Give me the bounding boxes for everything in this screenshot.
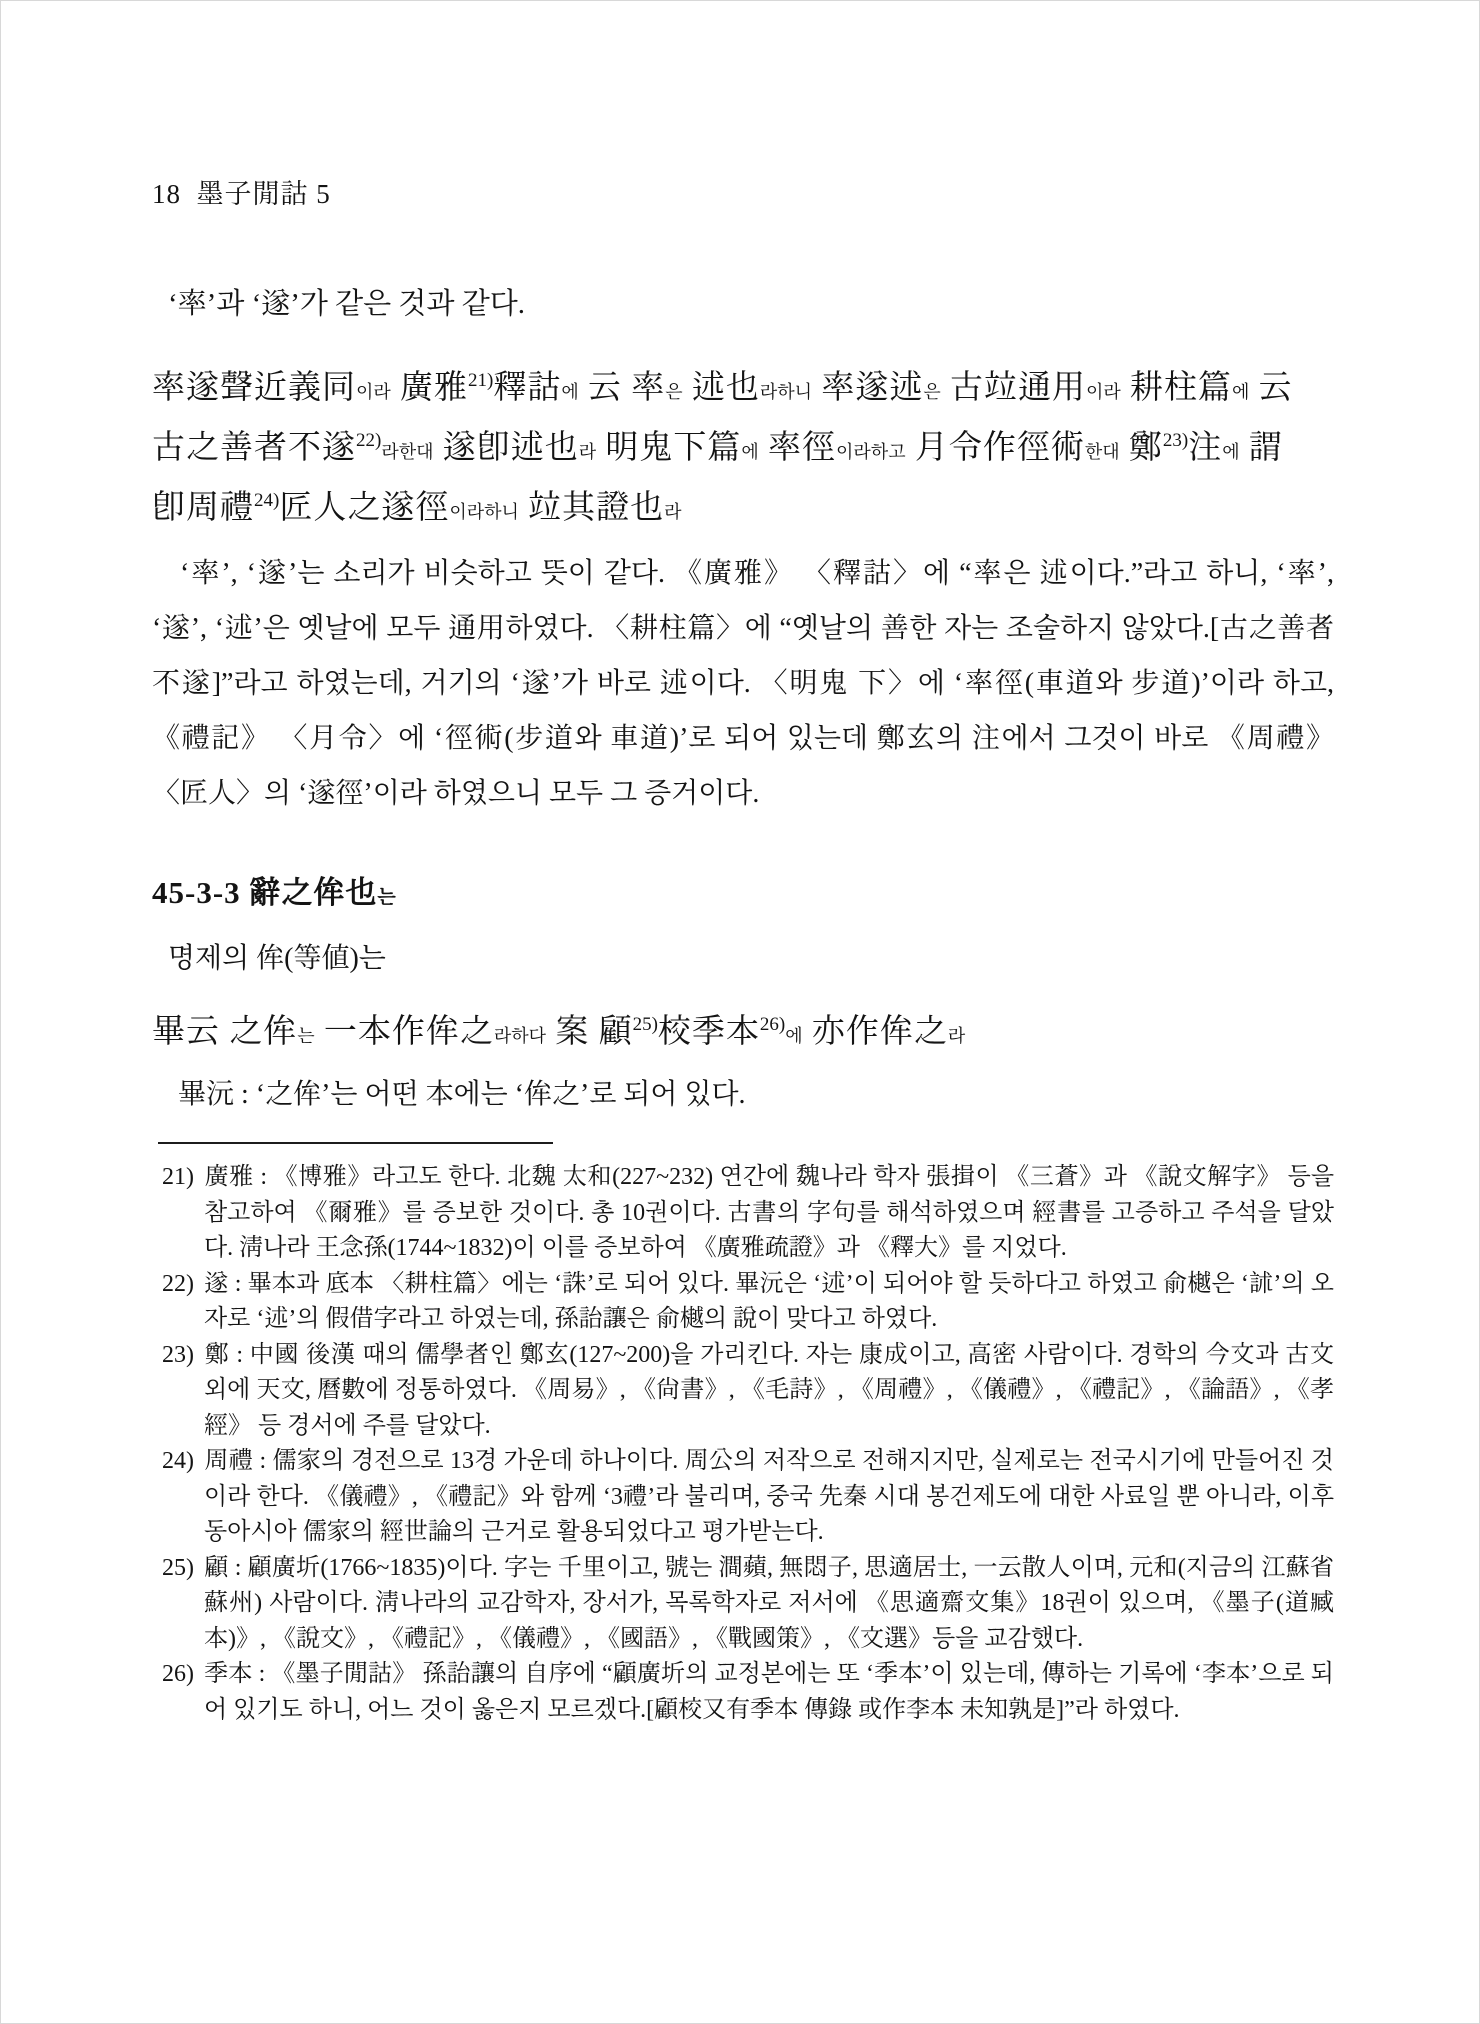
korean-particle: 에 <box>561 382 578 402</box>
hanja-text: 率遂聲近義同 <box>152 370 356 406</box>
hanja-text: 竝其證也 <box>519 490 664 526</box>
korean-particle: 이라하고 <box>836 442 906 462</box>
hanja-text: 月令作徑術 <box>906 430 1085 466</box>
korean-particle: 에 <box>785 1026 802 1046</box>
footnote-item: 24)周禮 : 儒家의 경전으로 13경 가운데 하나이다. 周公의 저작으로 … <box>162 1444 1334 1551</box>
korean-particle: 에 <box>1232 382 1249 402</box>
hanja-text: 云 率 <box>579 370 666 406</box>
footnote-item: 23)鄭 : 中國 後漢 때의 儒學者인 鄭玄(127~200)을 가리킨다. … <box>162 1338 1334 1445</box>
footnote-text: 廣雅 : 《博雅》라고도 한다. 北魏 太和(227~232) 연간에 魏나라 … <box>204 1164 1334 1261</box>
footnote-ref: 26) <box>760 1014 785 1035</box>
hanja-text: 述也 <box>683 370 760 406</box>
classical-text-line: 古之善者不遂22)라한대 遂卽述也라 明鬼下篇에 率徑이라하고 月令作徑術한대 … <box>152 420 1334 480</box>
hanja-text: 古竝通用 <box>941 370 1086 406</box>
footnote-ref: 23) <box>1163 430 1188 451</box>
hanja-text: 畢云 之侔 <box>152 1014 297 1050</box>
footnote-number: 23) <box>162 1338 204 1374</box>
section-title-hanzi: 辭之侔也 <box>249 875 377 910</box>
korean-particle: 이라 <box>356 382 391 402</box>
hanja-text: 古之善者不遂 <box>152 430 356 466</box>
page-header: 18 墨子閒詁 5 <box>152 172 1334 211</box>
korean-particle: 이라 <box>1086 382 1121 402</box>
translation-paragraph: ‘率’, ‘遂’는 소리가 비슷하고 뜻이 같다. 《廣雅》 〈釋詁〉에 “率은… <box>152 546 1334 821</box>
footnote-item: 21)廣雅 : 《博雅》라고도 한다. 北魏 太和(227~232) 연간에 魏… <box>162 1160 1334 1267</box>
classical-text-line: 率遂聲近義同이라 廣雅21)釋詁에 云 率은 述也라하니 率遂述은 古竝通用이라… <box>152 360 1334 420</box>
hanja-text: 謂 <box>1240 430 1283 466</box>
footnote-ref: 21) <box>468 370 493 391</box>
classical-text-line: 卽周禮24)匠人之遂徑이라하니 竝其證也라 <box>152 480 1334 540</box>
korean-particle: 에 <box>741 442 758 462</box>
section-gloss: 명제의 侔(等値)는 <box>152 936 1334 976</box>
korean-particle: 는 <box>297 1026 314 1046</box>
hanja-text: 廣雅 <box>391 370 468 406</box>
footnote-number: 25) <box>162 1551 204 1587</box>
footnote-item: 26)季本 : 《墨子閒詁》 孫詒讓의 自序에 “顧廣圻의 교정본에는 또 ‘季… <box>162 1657 1334 1728</box>
classical-commentary-block: 率遂聲近義同이라 廣雅21)釋詁에 云 率은 述也라하니 率遂述은 古竝通用이라… <box>152 360 1334 540</box>
classical-text-line: 畢云 之侔는 一本作侔之라하다 案 顧25)校季本26)에 亦作侔之라 <box>152 1004 1334 1064</box>
hanja-text: 卽周禮 <box>152 490 254 526</box>
section-heading: 45-3-3 辭之侔也는 <box>152 867 1334 912</box>
korean-particle: 라하다 <box>494 1026 546 1046</box>
korean-particle: 라 <box>664 502 681 522</box>
hanja-text: 鄭 <box>1120 430 1163 466</box>
hanja-text: 率徑 <box>759 430 836 466</box>
korean-particle: 은 <box>665 382 682 402</box>
korean-particle: 에 <box>1222 442 1239 462</box>
footnote-ref: 22) <box>356 430 381 451</box>
document-page: 18 墨子閒詁 5 ‘率’과 ‘遂’가 같은 것과 같다. 率遂聲近義同이라 廣… <box>0 0 1480 2024</box>
hanja-text: 釋詁 <box>493 370 561 406</box>
footnote-number: 26) <box>162 1657 204 1693</box>
korean-particle: 한대 <box>1085 442 1120 462</box>
footnote-item: 25)顧 : 顧廣圻(1766~1835)이다. 字는 千里이고, 號는 澗蘋,… <box>162 1551 1334 1658</box>
hanja-text: 匠人之遂徑 <box>279 490 449 526</box>
hanja-text: 注 <box>1188 430 1222 466</box>
section-title-suffix: 는 <box>377 887 396 908</box>
footnote-text: 遂 : 畢本과 底本 〈耕柱篇〉에는 ‘誅’로 되어 있다. 畢沅은 ‘述’이 … <box>204 1271 1334 1333</box>
korean-particle: 라 <box>948 1026 965 1046</box>
hanja-text: 遂卽述也 <box>434 430 579 466</box>
hanja-text: 一本作侔之 <box>315 1014 494 1050</box>
intro-line: ‘率’과 ‘遂’가 같은 것과 같다. <box>152 281 1334 322</box>
hanja-text: 耕柱篇 <box>1121 370 1232 406</box>
classical-note-block: 畢云 之侔는 一本作侔之라하다 案 顧25)校季本26)에 亦作侔之라 <box>152 1004 1334 1064</box>
korean-particle: 라하니 <box>760 382 812 402</box>
korean-particle: 이라하니 <box>449 502 519 522</box>
hanja-text: 明鬼下篇 <box>596 430 741 466</box>
note-translation-line: 畢沅 : ‘之侔’는 어떤 本에는 ‘侔之’로 되어 있다. <box>152 1072 1334 1112</box>
footnote-text: 鄭 : 中國 後漢 때의 儒學者인 鄭玄(127~200)을 가리킨다. 자는 … <box>204 1342 1334 1439</box>
footnote-number: 22) <box>162 1267 204 1303</box>
footnote-text: 季本 : 《墨子閒詁》 孫詒讓의 自序에 “顧廣圻의 교정본에는 또 ‘季本’이… <box>204 1661 1334 1723</box>
footnote-ref: 24) <box>254 490 279 511</box>
hanja-text: 云 <box>1249 370 1292 406</box>
footnote-text: 顧 : 顧廣圻(1766~1835)이다. 字는 千里이고, 號는 澗蘋, 無悶… <box>204 1555 1334 1652</box>
footnotes-section: 21)廣雅 : 《博雅》라고도 한다. 北魏 太和(227~232) 연간에 魏… <box>152 1160 1334 1728</box>
footnote-number: 21) <box>162 1160 204 1196</box>
footnote-ref: 25) <box>633 1014 658 1035</box>
korean-particle: 라한대 <box>381 442 433 462</box>
footnote-text: 周禮 : 儒家의 경전으로 13경 가운데 하나이다. 周公의 저작으로 전해지… <box>204 1448 1334 1545</box>
korean-particle: 라 <box>579 442 596 462</box>
hanja-text: 案 顧 <box>546 1014 633 1050</box>
footnote-item: 22)遂 : 畢本과 底本 〈耕柱篇〉에는 ‘誅’로 되어 있다. 畢沅은 ‘述… <box>162 1267 1334 1338</box>
hanja-text: 亦作侔之 <box>803 1014 948 1050</box>
section-number: 45-3-3 <box>152 875 249 910</box>
hanja-text: 率遂述 <box>812 370 923 406</box>
korean-particle: 은 <box>923 382 940 402</box>
hanja-text: 校季本 <box>658 1014 760 1050</box>
footnote-divider <box>158 1142 553 1144</box>
footnote-number: 24) <box>162 1444 204 1480</box>
